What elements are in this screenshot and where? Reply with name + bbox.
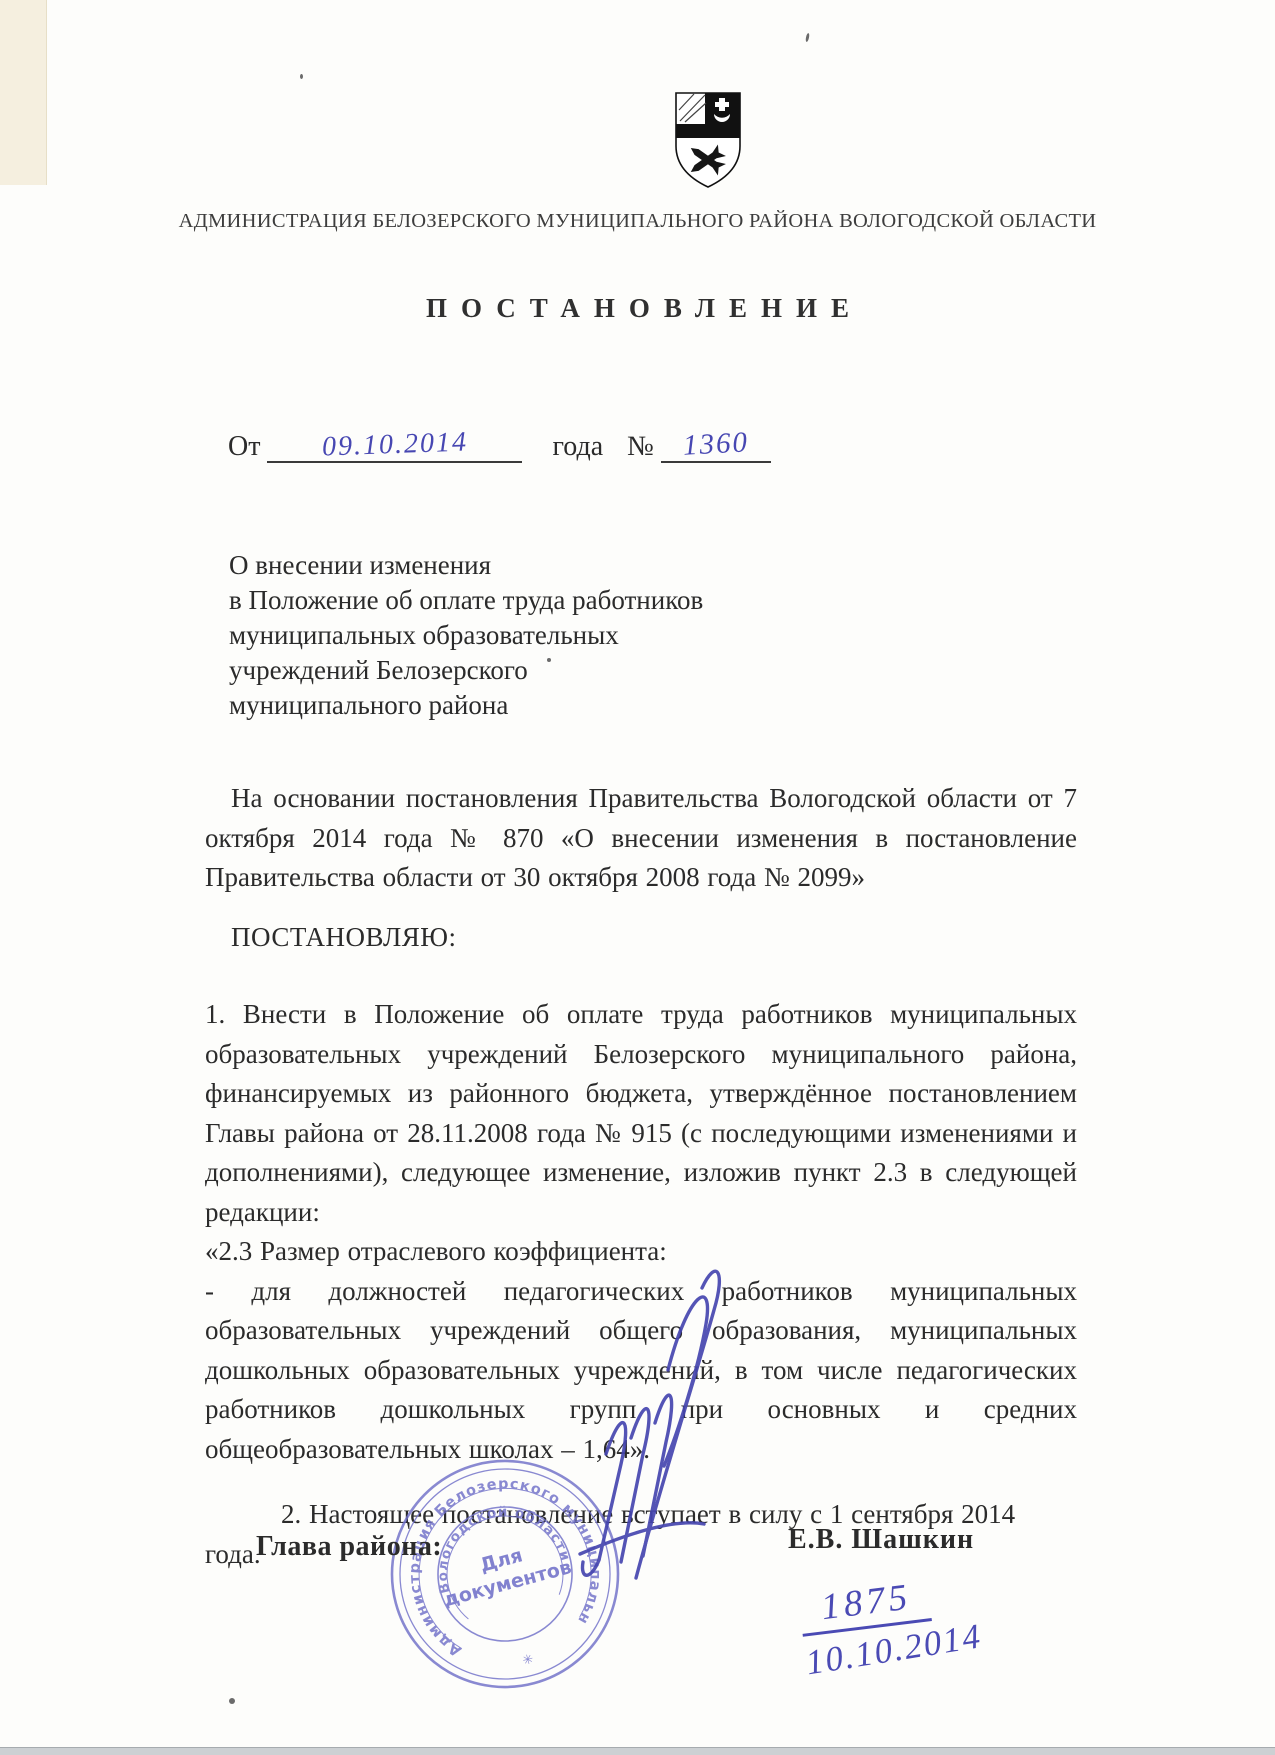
from-label: От [228, 431, 260, 462]
handwritten-date: 09.10.2014 [321, 426, 468, 463]
subject-line: О внесении изменения [229, 548, 703, 583]
handwritten-number: 1360 [682, 426, 750, 462]
subject-block: О внесении изменения в Положение об опла… [229, 548, 703, 723]
number-sign: № [627, 431, 654, 462]
scan-speck [805, 33, 810, 42]
number-blank: 1360 [661, 428, 771, 463]
subject-line: в Положение об оплате труда работников [229, 583, 703, 618]
coat-of-arms [672, 90, 744, 195]
scan-edge-left [0, 0, 47, 185]
scan-speck [300, 74, 303, 79]
date-number-line: От 09.10.2014года№ 1360 [228, 428, 771, 463]
document-page: АДМИНИСТРАЦИЯ БЕЛОЗЕРСКОГО МУНИЦИПАЛЬНОГ… [0, 0, 1275, 1755]
preamble-paragraph: На основании постановления Правительства… [205, 779, 1077, 898]
organization-name: АДМИНИСТРАЦИЯ БЕЛОЗЕРСКОГО МУНИЦИПАЛЬНОГ… [0, 210, 1275, 233]
document-type-title: ПОСТАНОВЛЕНИЕ [0, 293, 1275, 324]
signature [430, 1248, 740, 1603]
scan-edge-bottom [0, 1747, 1275, 1755]
subject-line: муниципального района [229, 688, 703, 723]
subject-line: муниципальных образовательных [229, 618, 703, 653]
scan-speck [229, 1698, 235, 1704]
item-1-paragraph: 1. Внести в Положение об оплате труда ра… [205, 995, 1077, 1232]
signer-name: Е.В. Шашкин [788, 1524, 974, 1556]
subject-line: учреждений Белозерского [229, 653, 703, 688]
resolution-word: ПОСТАНОВЛЯЮ: [205, 918, 1077, 958]
coat-of-arms-icon [672, 90, 744, 190]
signer-position-label: Глава района: [256, 1531, 442, 1563]
date-blank: 09.10.2014 [267, 429, 522, 463]
registration-note: 1875 10.10.2014 [797, 1568, 984, 1681]
stamp-bottom-mark: ✳ [521, 1652, 536, 1669]
signature-icon [430, 1248, 740, 1598]
year-label: года [552, 431, 603, 462]
